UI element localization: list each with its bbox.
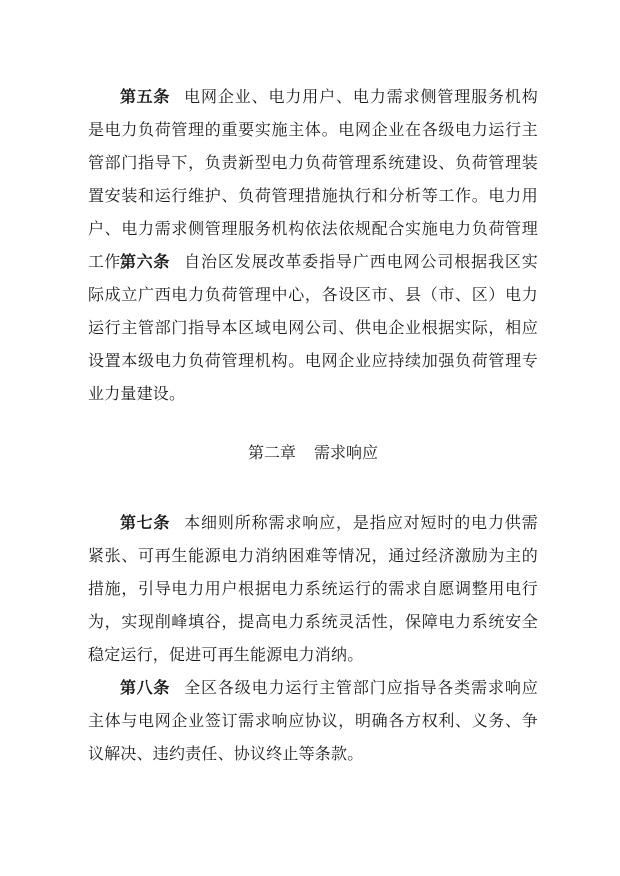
article-text: 电网企业、电力用户、电力需求侧管理服务机构是电力负荷管理的重要实施主体。电网企业…: [88, 87, 538, 271]
article-number: 第七条: [120, 513, 170, 532]
article-number: 第五条: [120, 87, 170, 106]
article-number: 第八条: [120, 678, 170, 697]
article-6: 第六条自治区发展改革委指导广西电网公司根据我区实际成立广西电力负荷管理中心，各设…: [88, 245, 538, 410]
article-text: 自治区发展改革委指导广西电网公司根据我区实际成立广西电力负荷管理中心，各设区市、…: [88, 252, 538, 403]
chapter-number: 第二章: [248, 443, 296, 462]
article-7: 第七条本细则所称需求响应，是指应对短时的电力供需紧张、可再生能源电力消纳困难等情…: [88, 506, 538, 671]
article-8: 第八条全区各级电力运行主管部门应指导各类需求响应主体与电网企业签订需求响应协议，…: [88, 671, 538, 770]
article-number: 第六条: [120, 252, 170, 271]
chapter-heading: 第二章需求响应: [88, 436, 538, 469]
chapter-title: 需求响应: [314, 443, 378, 462]
article-text: 本细则所称需求响应，是指应对短时的电力供需紧张、可再生能源电力消纳困难等情况，通…: [88, 513, 538, 664]
